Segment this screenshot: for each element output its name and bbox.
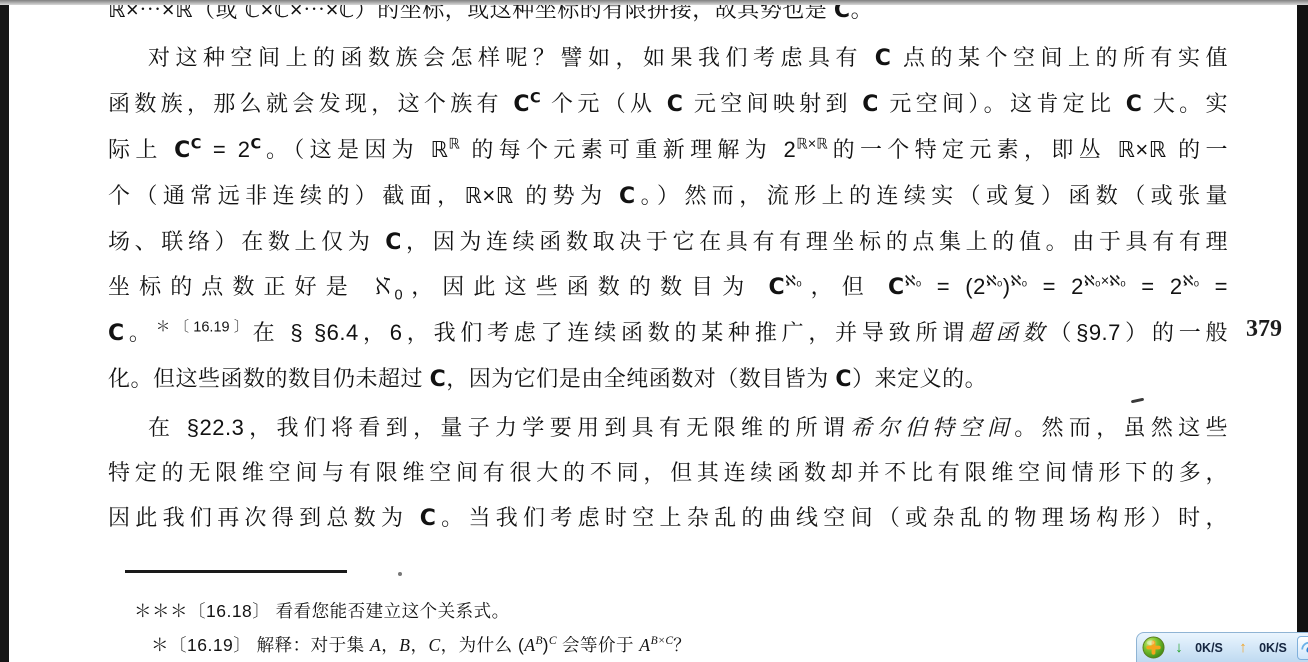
ie-browser-button[interactable]: e <box>1297 636 1308 660</box>
text-segment: B <box>399 635 410 655</box>
text-segment: C <box>250 137 261 153</box>
text-segment: 个（通常远非连续的）截面，ℝ×ℝ 的势为 <box>108 183 619 208</box>
text-segment: C <box>667 92 684 117</box>
text-segment: ℵ₀ <box>1183 274 1200 290</box>
scan-mark <box>1131 398 1144 404</box>
text-segment: ℵ₀×ℵ₀ <box>1084 274 1126 290</box>
text-segment: 对这种空间上的函数族会怎样呢？譬如，如果我们考虑具有 <box>148 45 875 70</box>
text-line-3: 函数族，那么就会发现，这个族有 CC 个元（从 C 元空间映射到 C 元空间）。… <box>108 91 1228 118</box>
text-segment: ？ <box>673 635 691 655</box>
text-segment: C <box>513 92 530 117</box>
text-segment: 点的某个空间上的所有实值 <box>891 45 1228 70</box>
text-line-4: 际上 CC = 2C。（这是因为 ℝℝ 的每个元素可重新理解为 2ℝ×ℝ的一个特… <box>108 137 1228 164</box>
text-segment: ＊＊＊〔16.18〕 看看您能否建立这个关系式。 <box>134 601 510 621</box>
text-segment: A <box>639 635 650 655</box>
text-segment: C <box>549 635 557 647</box>
text-segment: ）来定义的。 <box>852 366 987 391</box>
text-segment: = 2 <box>1027 274 1084 299</box>
text-segment: 大。实 <box>1142 91 1228 116</box>
text-segment: ℝ×ℝ <box>796 137 827 153</box>
text-segment: 际上 <box>108 137 174 162</box>
text-segment: 函数族，那么就会发现，这个族有 <box>108 91 513 116</box>
text-segment: ℵ₀ <box>986 274 1003 290</box>
speed-monitor-widget[interactable]: ↓ 0K/S ↑ 0K/S e <box>1136 632 1308 662</box>
download-manager-icon[interactable] <box>1142 636 1165 659</box>
text-segment: 的每个元素可重新理解为 2 <box>460 137 796 162</box>
text-segment: 在 §22.3，我们将看到，量子力学要用到具有无限维的所谓 <box>148 415 850 440</box>
text-segment: = 2 <box>201 137 250 162</box>
text-segment: C <box>862 92 879 117</box>
text-segment: = <box>1199 274 1228 299</box>
text-segment: 超函数 <box>969 320 1049 345</box>
text-segment: B×C <box>651 635 674 647</box>
text-segment: C <box>108 321 125 346</box>
text-segment: 。）然而，流形上的连续实（或复）函数（或张量 <box>636 183 1228 208</box>
text-segment: ，因为它们是由全纯函数对（数目皆为 <box>446 366 835 391</box>
text-segment: ) <box>1003 274 1011 299</box>
text-segment: C <box>1126 92 1143 117</box>
text-segment: ℵ₀ <box>1011 274 1028 290</box>
text-segment: ℵ₀ <box>785 274 802 290</box>
upload-speed: 0K/S <box>1255 641 1291 655</box>
text-segment: C <box>428 635 440 655</box>
text-segment: = (2 <box>922 274 986 299</box>
text-segment: 个元（从 <box>541 91 667 116</box>
text-segment: C <box>888 275 905 300</box>
text-segment: ＊〔16.19〕 解释：对于集 <box>151 635 370 655</box>
text-segment: ，因此这些函数的数目为 <box>403 274 769 299</box>
text-segment: 特定的无限维空间与有限维空间有很大的不同，但其连续函数却并不比有限维空间情形下的… <box>108 460 1228 485</box>
text-segment: 因此我们再次得到总数为 <box>108 505 420 530</box>
text-segment: ， <box>410 635 428 655</box>
text-segment: A <box>370 635 381 655</box>
footnote-rule <box>125 570 347 573</box>
text-segment: C <box>875 46 892 71</box>
text-segment: C <box>174 138 191 163</box>
text-segment: C <box>530 91 541 107</box>
text-segment: ℝ <box>448 137 460 153</box>
text-segment: C <box>835 367 852 392</box>
text-line-8: C。＊〔16.19〕在 § §6.4，6，我们考虑了连续函数的某种推广，并导致所… <box>108 320 1228 347</box>
text-segment: 0 <box>395 287 403 303</box>
text-line-6: 场、联络）在数上仅为 C，因为连续函数取决于它在具有有理坐标的点集上的值。由于具… <box>108 229 1228 256</box>
text-segment: 场、联络）在数上仅为 <box>108 229 385 254</box>
page-number: 379 <box>1246 316 1282 343</box>
text-segment: C <box>769 275 786 300</box>
text-segment: = 2 <box>1126 274 1183 299</box>
scan-speck <box>398 572 402 576</box>
text-line-5: 个（通常远非连续的）截面，ℝ×ℝ 的势为 C。）然而，流形上的连续实（或复）函数… <box>108 183 1228 210</box>
text-segment: ，因为连续函数取决于它在具有有理坐标的点集上的值。由于具有有理 <box>402 229 1228 254</box>
scan-left-edge <box>0 0 9 662</box>
text-segment: 元空间）。这肯定比 <box>879 91 1126 116</box>
text-segment: C <box>385 230 402 255</box>
text-segment: C <box>191 137 202 153</box>
download-speed: 0K/S <box>1191 641 1227 655</box>
text-segment: 会等价于 <box>557 635 640 655</box>
download-arrow-icon: ↓ <box>1171 639 1187 656</box>
text-line-10: 在 §22.3，我们将看到，量子力学要用到具有无限维的所谓希尔伯特空间。然而，虽… <box>108 415 1228 442</box>
text-segment: B <box>536 635 543 647</box>
upload-arrow-icon: ↑ <box>1235 639 1251 656</box>
text-segment: ℵ₀ <box>905 274 922 290</box>
text-segment: 坐标的点数正好是 ℵ <box>108 274 395 299</box>
text-segment: C <box>430 367 447 392</box>
text-segment: 的一个特定元素，即丛 ℝ×ℝ 的一 <box>828 137 1228 162</box>
footnote-16-18: ＊＊＊〔16.18〕 看看您能否建立这个关系式。 <box>134 600 510 624</box>
text-line-7: 坐标的点数正好是 ℵ0，因此这些函数的数目为 Cℵ₀，但 Cℵ₀ = (2ℵ₀)… <box>108 274 1228 301</box>
text-segment: C <box>619 184 636 209</box>
text-segment: 在 § §6.4，6，我们考虑了连续函数的某种推广，并导致所谓 <box>253 320 969 345</box>
text-segment: ，但 <box>802 274 888 299</box>
text-segment: A <box>524 635 535 655</box>
text-line-11: 特定的无限维空间与有限维空间有很大的不同，但其连续函数却并不比有限维空间情形下的… <box>108 460 1228 487</box>
text-line-2: 对这种空间上的函数族会怎样呢？譬如，如果我们考虑具有 C 点的某个空间上的所有实… <box>108 45 1228 72</box>
text-segment: ＊〔16.19〕 <box>156 320 253 336</box>
ie-icon: e <box>1300 639 1308 657</box>
scan-top-edge <box>0 0 1308 5</box>
text-segment: 希尔伯特空间 <box>850 415 1014 440</box>
text-line-12: 因此我们再次得到总数为 C。当我们考虑时空上杂乱的曲线空间（或杂乱的物理场构形）… <box>108 505 1228 532</box>
text-segment: 。然而，虽然这些 <box>1014 415 1228 440</box>
text-segment: 。（这是因为 ℝ <box>261 137 448 162</box>
footnote-16-19: ＊〔16.19〕 解释：对于集 A，B，C，为什么 (AB)C 会等价于 AB×… <box>151 634 691 658</box>
text-segment: ，为什么 ( <box>441 635 525 655</box>
scan-right-edge <box>1297 0 1308 662</box>
text-segment: 化。但这些函数的数目仍未超过 <box>108 366 430 391</box>
text-segment: （§9.7）的一般 <box>1049 320 1228 345</box>
text-segment: ， <box>381 635 399 655</box>
text-segment: 。当我们考虑时空上杂乱的曲线空间（或杂乱的物理场构形）时， <box>436 505 1228 530</box>
text-segment: 。 <box>125 320 156 345</box>
text-segment: 元空间映射到 <box>683 91 862 116</box>
text-line-9: 化。但这些函数的数目仍未超过 C，因为它们是由全纯函数对（数目皆为 C）来定义的… <box>108 366 1228 393</box>
text-segment: C <box>420 506 437 531</box>
